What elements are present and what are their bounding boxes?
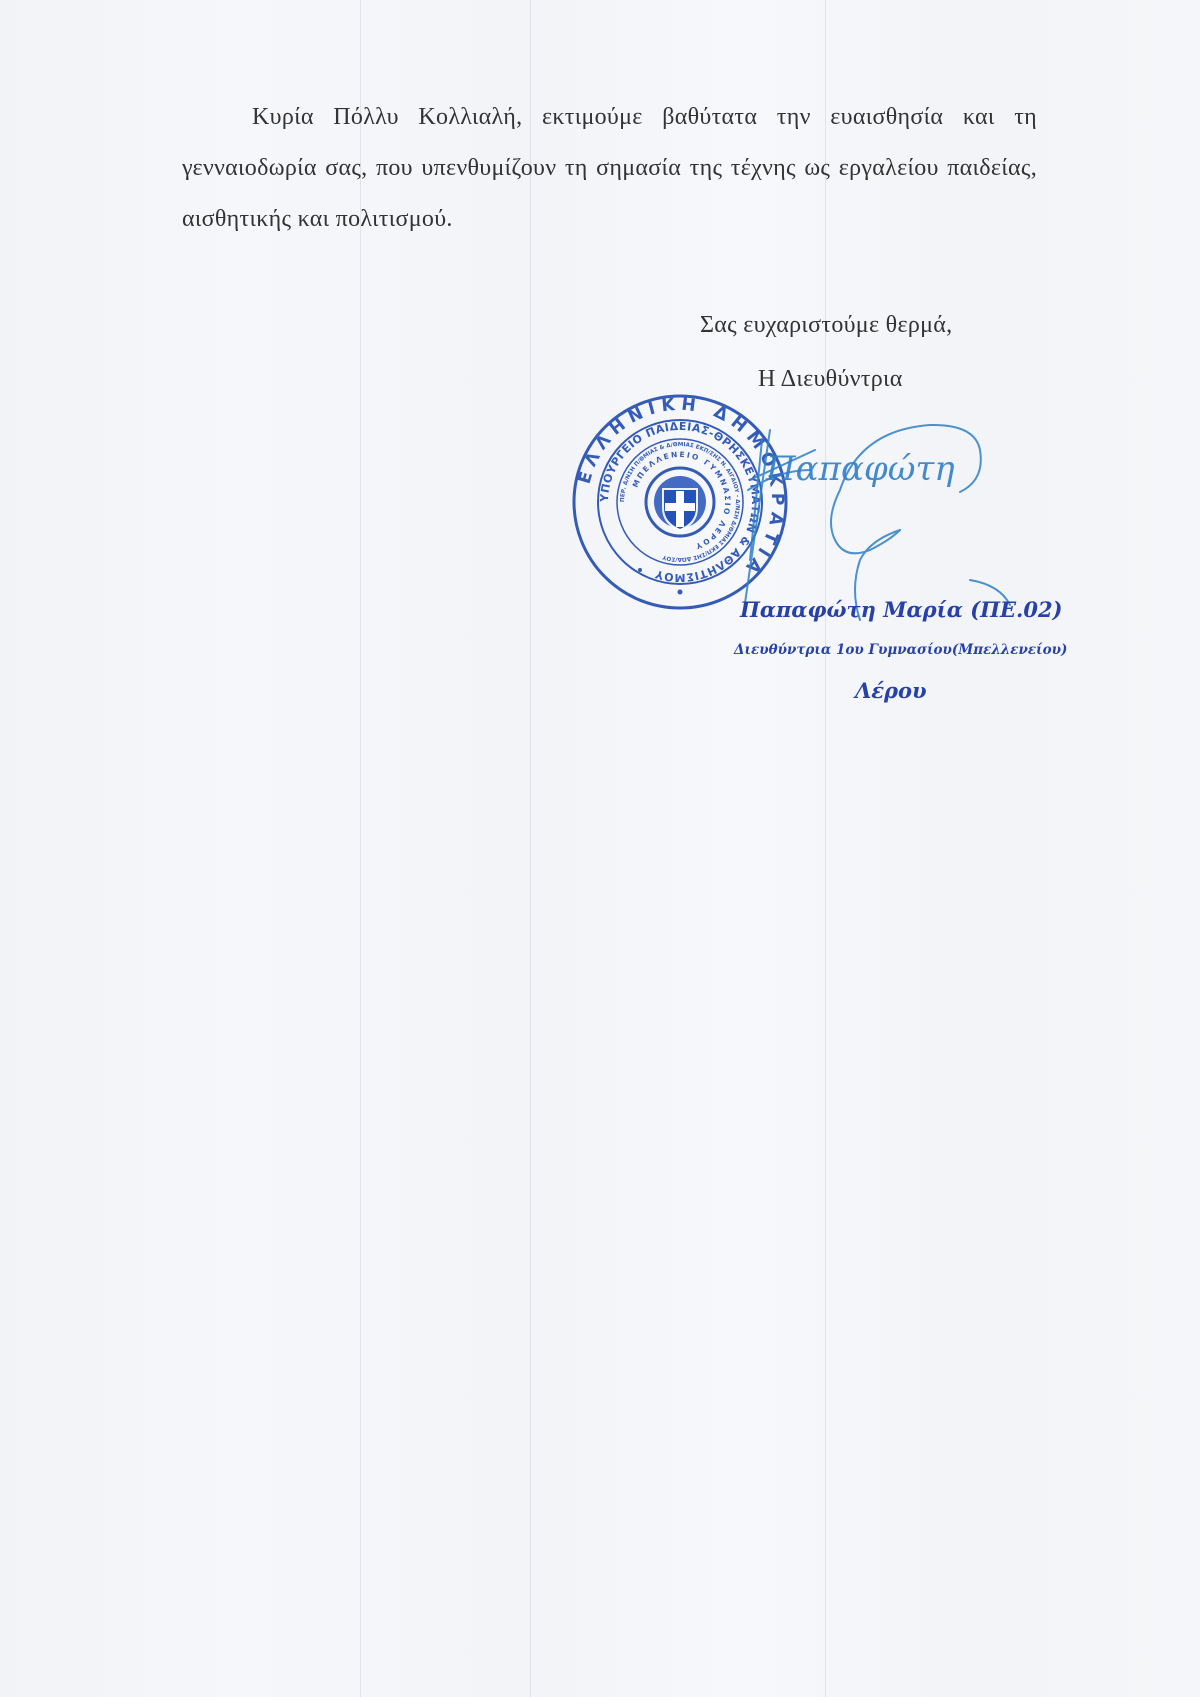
document-page: Κυρία Πόλλυ Κολλιαλή, εκτιμούμε βαθύτατα… — [0, 0, 1200, 1697]
paper-fold-line — [825, 0, 826, 1697]
signature-handwritten-text: Παπαφώτη — [765, 449, 955, 489]
paper-fold-line — [530, 0, 531, 1697]
letter-body-text: Κυρία Πόλλυ Κολλιαλή, εκτιμούμε βαθύτατα… — [182, 104, 1037, 232]
greek-emblem-icon — [654, 476, 706, 532]
signatory-title: Η Διευθύντρια — [758, 366, 903, 393]
paper-fold-line — [360, 0, 361, 1697]
signatory-name: Παπαφώτη Μαρία (ΠΕ.02) — [740, 597, 1063, 622]
letter-body-paragraph: Κυρία Πόλλυ Κολλιαλή, εκτιμούμε βαθύτατα… — [182, 92, 1037, 245]
signatory-place: Λέρου — [855, 678, 927, 703]
letter-closing: Σας ευχαριστούμε θερμά, — [700, 312, 952, 339]
signatory-role: Διευθύντρια 1ου Γυμνασίου(Μπελλενείου) — [734, 642, 1067, 658]
